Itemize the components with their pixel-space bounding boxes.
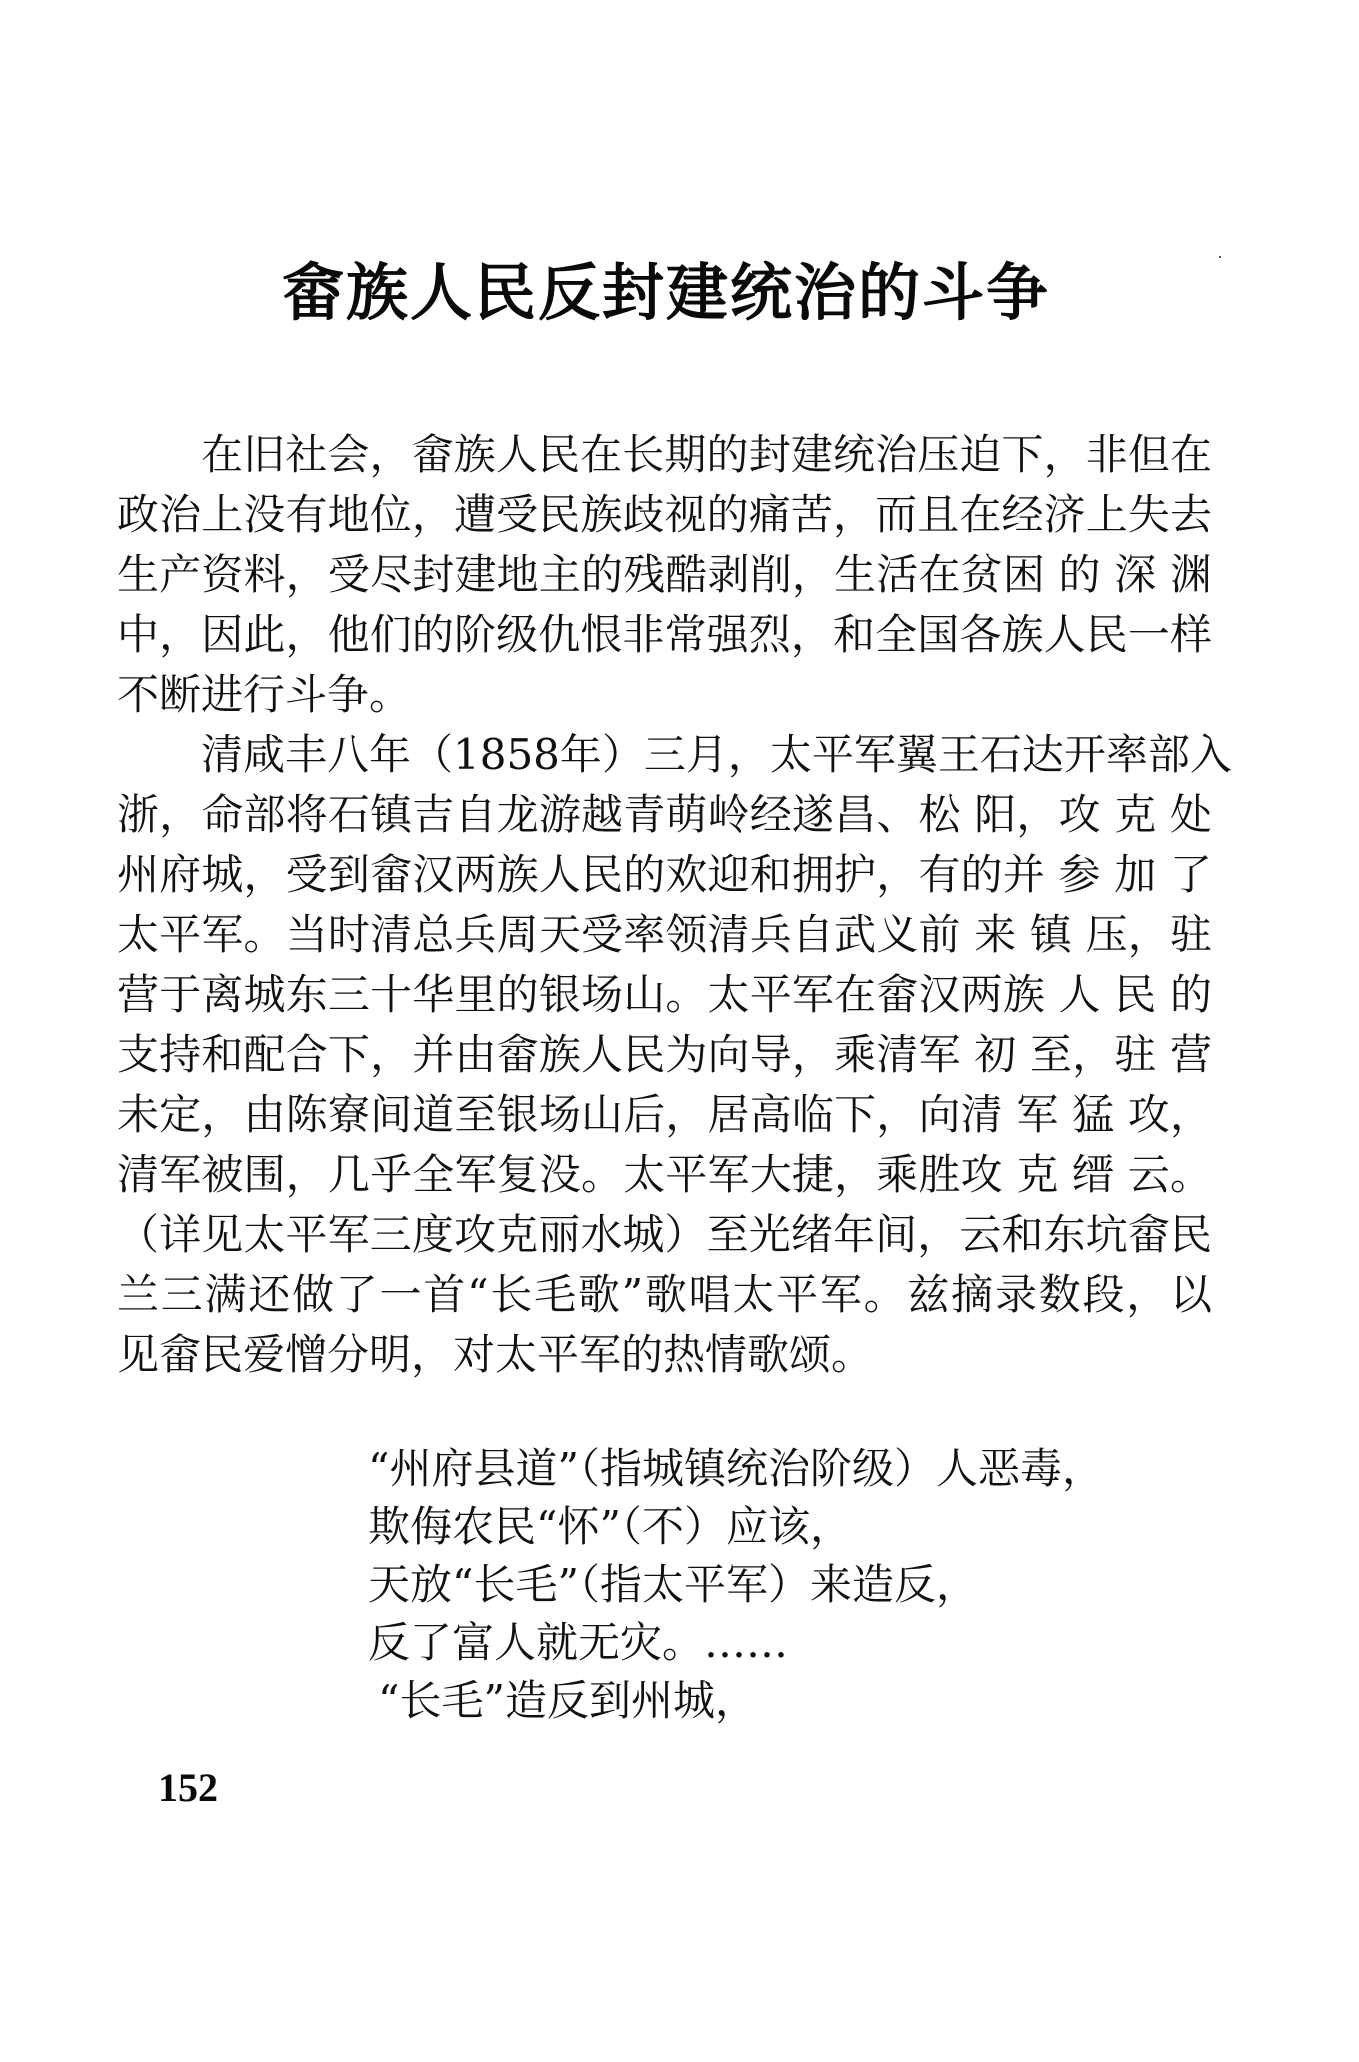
paragraph-1-line-2: 政治上没有地位，遭受民族歧视的痛苦，而且在经济上失去 bbox=[117, 485, 1212, 545]
paragraph-2-line-10: 兰三满还做了一首“长毛歌”歌唱太平军。兹摘录数段，以 bbox=[117, 1265, 1212, 1325]
paragraph-2-line-1: 清咸丰八年（1858年）三月，太平军翼王石达开率部入 bbox=[117, 725, 1212, 785]
paragraph-2-line-4: 太平军。当时清总兵周天受率领清兵自武义前 来 镇 压，驻 bbox=[117, 905, 1212, 965]
paragraph-1-line-3: 生产资料，受尽封建地主的残酷剥削，生活在贫困 的 深 渊 bbox=[117, 545, 1212, 605]
paragraph-2-line-9: （详见太平军三度攻克丽水城）至光绪年间，云和东坑畲民 bbox=[117, 1205, 1212, 1265]
poem-line-5: “长毛”造反到州城， bbox=[368, 1672, 1168, 1730]
poem-line-4: 反了富人就无灾。…… bbox=[368, 1614, 1168, 1672]
paragraph-1-line-4: 中，因此，他们的阶级仇恨非常强烈，和全国各族人民一样 bbox=[117, 605, 1212, 665]
poem-line-2: 欺侮农民“怀”（不）应该， bbox=[368, 1498, 1168, 1556]
poem-line-1: “州府县道”（指城镇统治阶级）人恶毒， bbox=[368, 1440, 1168, 1498]
page-number: 152 bbox=[158, 1763, 218, 1813]
paragraph-1-line-1: 在旧社会，畲族人民在长期的封建统治压迫下，非但在 bbox=[117, 425, 1212, 485]
scan-speck bbox=[1219, 256, 1221, 258]
book-page: 畲族人民反封建统治的斗争 在旧社会，畲族人民在长期的封建统治压迫下，非但在 政治… bbox=[0, 0, 1359, 2062]
body-text: 在旧社会，畲族人民在长期的封建统治压迫下，非但在 政治上没有地位，遭受民族歧视的… bbox=[117, 425, 1212, 1385]
paragraph-2-line-2: 浙，命部将石镇吉自龙游越青萌岭经遂昌、松 阳，攻 克 处 bbox=[117, 785, 1212, 845]
paragraph-1-line-5: 不断进行斗争。 bbox=[117, 665, 1212, 725]
paragraph-2-line-3: 州府城，受到畲汉两族人民的欢迎和拥护，有的并 参 加 了 bbox=[117, 845, 1212, 905]
paragraph-2-line-8: 清军被围，几乎全军复没。太平军大捷，乘胜攻 克 缙 云。 bbox=[117, 1145, 1212, 1205]
poem-line-3: 天放“长毛”（指太平军）来造反， bbox=[368, 1556, 1168, 1614]
page-title: 畲族人民反封建统治的斗争 bbox=[282, 258, 1052, 328]
paragraph-2-line-5: 营于离城东三十华里的银场山。太平军在畲汉两族 人 民 的 bbox=[117, 965, 1212, 1025]
paragraph-2-line-6: 支持和配合下，并由畲族人民为向导，乘清军 初 至，驻 营 bbox=[117, 1025, 1212, 1085]
paragraph-2-line-11: 见畲民爱憎分明，对太平军的热情歌颂。 bbox=[117, 1325, 1212, 1385]
poem-excerpt: “州府县道”（指城镇统治阶级）人恶毒， 欺侮农民“怀”（不）应该， 天放“长毛”… bbox=[368, 1440, 1168, 1730]
paragraph-2-line-7: 未定，由陈寮间道至银场山后，居高临下，向清 军 猛 攻， bbox=[117, 1085, 1212, 1145]
